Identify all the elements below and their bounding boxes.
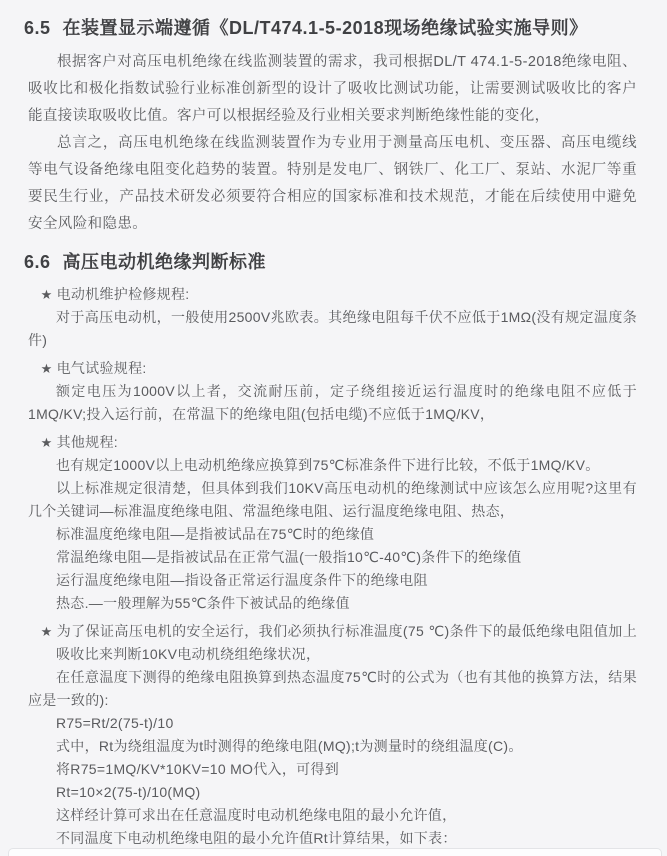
heading-title: 高压电动机绝缘判断标准 bbox=[63, 248, 267, 274]
bullet-item: ★为了保证高压电机的安全运行，我们必须执行标准温度(75 ℃)条件下的最低绝缘电… bbox=[28, 620, 637, 666]
table-top-edge bbox=[8, 848, 662, 856]
paragraph: Rt=10×2(75-t)/10(MQ) bbox=[28, 781, 637, 804]
heading-title: 在装置显示端遵循《DL/T474.1-5-2018现场绝缘试验实施导则》 bbox=[63, 14, 588, 40]
heading-number: 6.6 bbox=[24, 252, 51, 273]
paragraph: 不同温度下电动机绝缘电阻的最小允许值Rt计算结果，如下表： bbox=[28, 827, 637, 850]
section-6.6: 6.6高压电动机绝缘判断标准★电动机维护检修规程:对于高压电动机，一般使用250… bbox=[28, 248, 637, 850]
paragraph: 这样经计算可求出在任意温度时电动机绝缘电阻的最小允许值， bbox=[28, 804, 637, 827]
bullet-text: 其他规程: bbox=[57, 434, 118, 450]
paragraph: 运行温度绝缘电阻—指设备正常运行温度条件下的绝缘电阻 bbox=[28, 569, 637, 592]
bullet-item: ★电动机维护检修规程: bbox=[28, 283, 637, 306]
star-icon: ★ bbox=[41, 435, 53, 450]
paragraph: 也有规定1000V以上电动机绝缘应换算到75℃标准条件下进行比较，不低于1MQ/… bbox=[28, 454, 637, 477]
bullet-item: ★其他规程: bbox=[28, 431, 637, 454]
heading-number: 6.5 bbox=[24, 18, 51, 39]
paragraph: 常温绝缘电阻—是指被试品在正常气温(一般指10℃-40℃)条件下的绝缘值 bbox=[28, 546, 637, 569]
paragraph: 式中，Rt为绕组温度为t时测得的绝缘电阻(MQ);t为测量时的绕组温度(C)。 bbox=[28, 735, 637, 758]
paragraph: 额定电压为1000V以上者，交流耐压前，定子绕组接近运行温度时的绝缘电阻不应低于… bbox=[28, 380, 637, 426]
document-body: 6.5在装置显示端遵循《DL/T474.1-5-2018现场绝缘试验实施导则》根… bbox=[0, 0, 667, 850]
star-icon: ★ bbox=[41, 361, 53, 376]
paragraph: 标准温度绝缘电阻—是指被试品在75℃时的绝缘值 bbox=[28, 523, 637, 546]
bullet-text: 电气试验规程: bbox=[57, 360, 147, 376]
paragraph: 将R75=1MQ/KV*10KV=10 MO代入，可得到 bbox=[28, 758, 637, 781]
paragraph: 根据客户对高压电机绝缘在线监测装置的需求，我司根据DL/T 474.1-5-20… bbox=[28, 49, 637, 130]
bullet-item: ★电气试验规程: bbox=[28, 357, 637, 380]
star-icon: ★ bbox=[41, 624, 53, 639]
paragraph: 在任意温度下测得的绝缘电阻换算到热态温度75℃时的公式为（也有其他的换算方法，结… bbox=[28, 666, 637, 712]
paragraph: 总言之，高压电机绝缘在线监测装置作为专业用于测量高压电机、变压器、高压电缆线等电… bbox=[28, 130, 637, 238]
bullet-text: 电动机维护检修规程: bbox=[57, 286, 190, 302]
document-page: 6.5在装置显示端遵循《DL/T474.1-5-2018现场绝缘试验实施导则》根… bbox=[0, 0, 667, 856]
paragraph: 对于高压电动机，一般使用2500V兆欧表。其绝缘电阻每千伏不应低于1MΩ(没有规… bbox=[28, 306, 637, 352]
section-heading: 6.6高压电动机绝缘判断标准 bbox=[24, 248, 637, 274]
section-6.5: 6.5在装置显示端遵循《DL/T474.1-5-2018现场绝缘试验实施导则》根… bbox=[28, 14, 637, 238]
paragraph: 热态.—一般理解为55℃条件下被试品的绝缘值 bbox=[28, 592, 637, 615]
bullet-text: 为了保证高压电机的安全运行，我们必须执行标准温度(75 ℃)条件下的最低绝缘电阻… bbox=[56, 623, 637, 662]
section-heading: 6.5在装置显示端遵循《DL/T474.1-5-2018现场绝缘试验实施导则》 bbox=[24, 14, 637, 40]
paragraph: R75=Rt/2(75-t)/10 bbox=[28, 712, 637, 735]
paragraph: 以上标准规定很清楚，但具体到我们10KV高压电动机的绝缘测试中应该怎么应用呢?这… bbox=[28, 477, 637, 523]
star-icon: ★ bbox=[41, 287, 53, 302]
